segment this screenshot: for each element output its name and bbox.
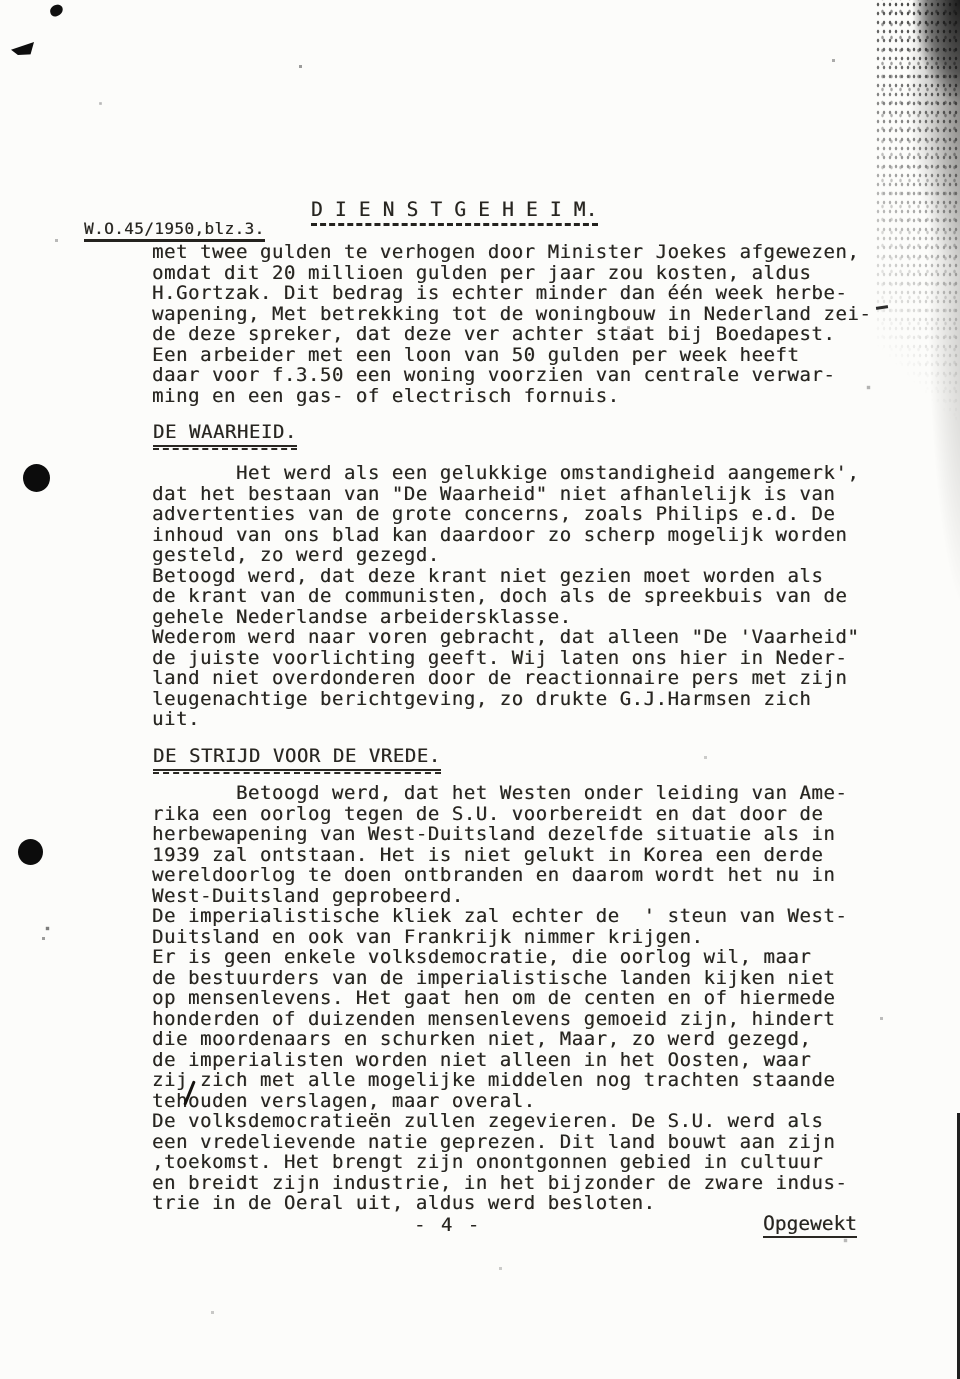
section-heading-de-waarheid: DE WAARHEID. [153, 421, 297, 447]
punch-hole-mark [18, 839, 43, 865]
paragraph-de-waarheid: Het werd als een gelukkige omstandigheid… [152, 463, 922, 730]
punch-hole-mark [23, 464, 50, 492]
paragraph-intro: met twee gulden te verhogen door Ministe… [152, 242, 922, 406]
scanned-document-page: D I E N S T G E H E I M. W.O.45/1950,blz… [0, 0, 960, 1379]
section-heading-strijd-voor-de-vrede: DE STRIJD VOOR DE VREDE. [153, 745, 441, 771]
ink-blob-mark [49, 3, 65, 17]
paragraph-strijd-voor-de-vrede: Betoogd werd, dat het Westen onder leidi… [152, 783, 922, 1214]
ink-specks [0, 0, 1, 1]
section-heading-text: DE STRIJD VOOR DE VREDE. [153, 745, 441, 771]
page-number: - 4 - [414, 1214, 481, 1236]
classification-text: D I E N S T G E H E I M. [311, 198, 598, 226]
footer-catchword: Opgewekt [763, 1212, 857, 1238]
document-number: W.O.45/1950,blz.3. [84, 219, 265, 242]
section-heading-text: DE WAARHEID. [153, 421, 297, 447]
document-number-text: W.O.45/1950,blz.3. [84, 219, 265, 242]
arrow-ink-mark [11, 42, 34, 55]
classification-header: D I E N S T G E H E I M. [311, 198, 598, 226]
footer-catchword-text: Opgewekt [763, 1212, 857, 1238]
